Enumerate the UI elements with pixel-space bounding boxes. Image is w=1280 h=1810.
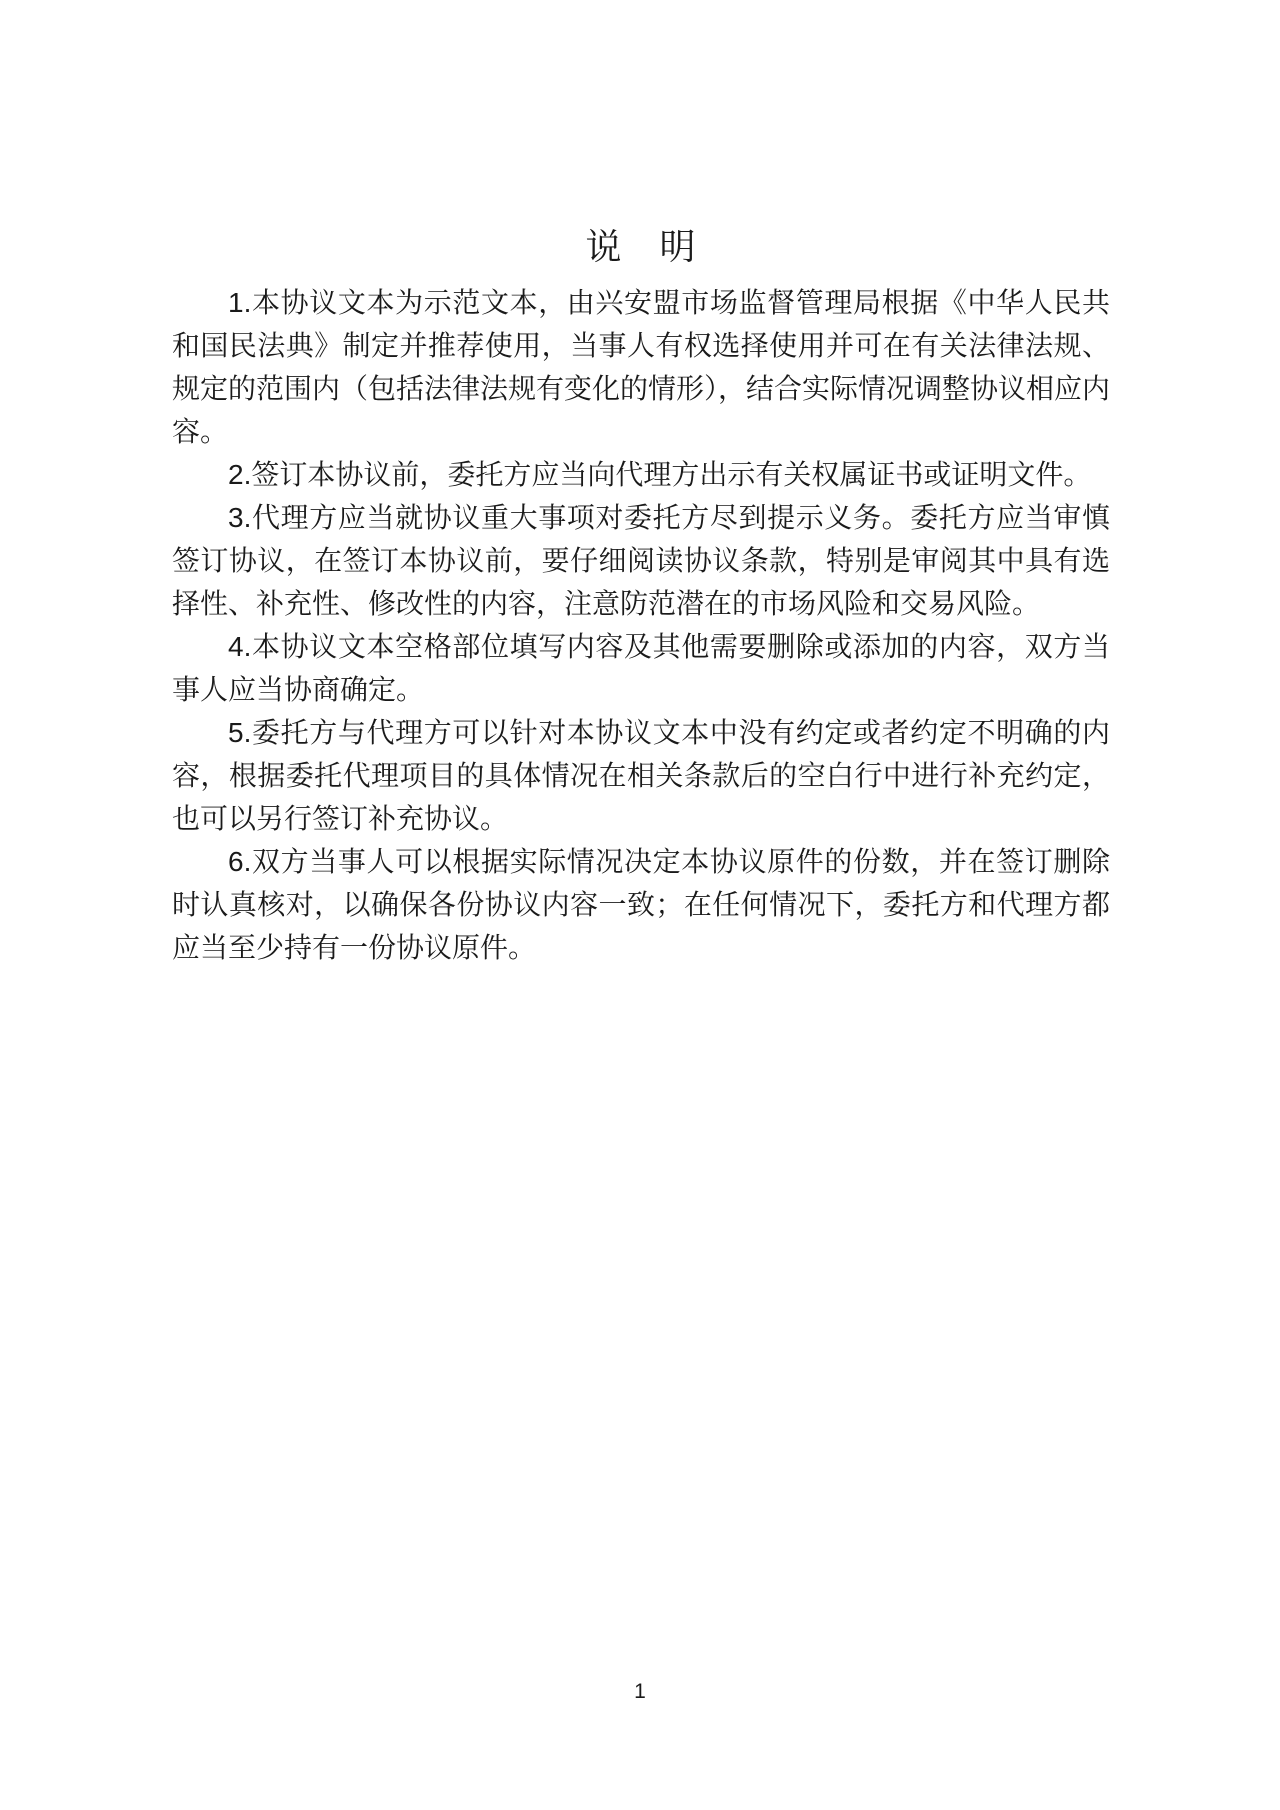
page-number: 1: [0, 1680, 1280, 1704]
paragraph-2: 2.签订本协议前，委托方应当向代理方出示有关权属证书或证明文件。: [172, 453, 1110, 496]
page-title: 说 明: [172, 225, 1110, 269]
document-page: 说 明 1.本协议文本为示范文本，由兴安盟市场监督管理局根据《中华人民共和国民法…: [0, 0, 1280, 1810]
paragraph-6: 6.双方当事人可以根据实际情况决定本协议原件的份数，并在签订删除时认真核对，以确…: [172, 840, 1110, 969]
paragraph-1: 1.本协议文本为示范文本，由兴安盟市场监督管理局根据《中华人民共和国民法典》制定…: [172, 281, 1110, 453]
document-content: 说 明 1.本协议文本为示范文本，由兴安盟市场监督管理局根据《中华人民共和国民法…: [172, 225, 1110, 969]
paragraph-4: 4.本协议文本空格部位填写内容及其他需要删除或添加的内容，双方当事人应当协商确定…: [172, 625, 1110, 711]
paragraph-3: 3.代理方应当就协议重大事项对委托方尽到提示义务。委托方应当审慎签订协议，在签订…: [172, 496, 1110, 625]
paragraph-5: 5.委托方与代理方可以针对本协议文本中没有约定或者约定不明确的内容，根据委托代理…: [172, 711, 1110, 840]
